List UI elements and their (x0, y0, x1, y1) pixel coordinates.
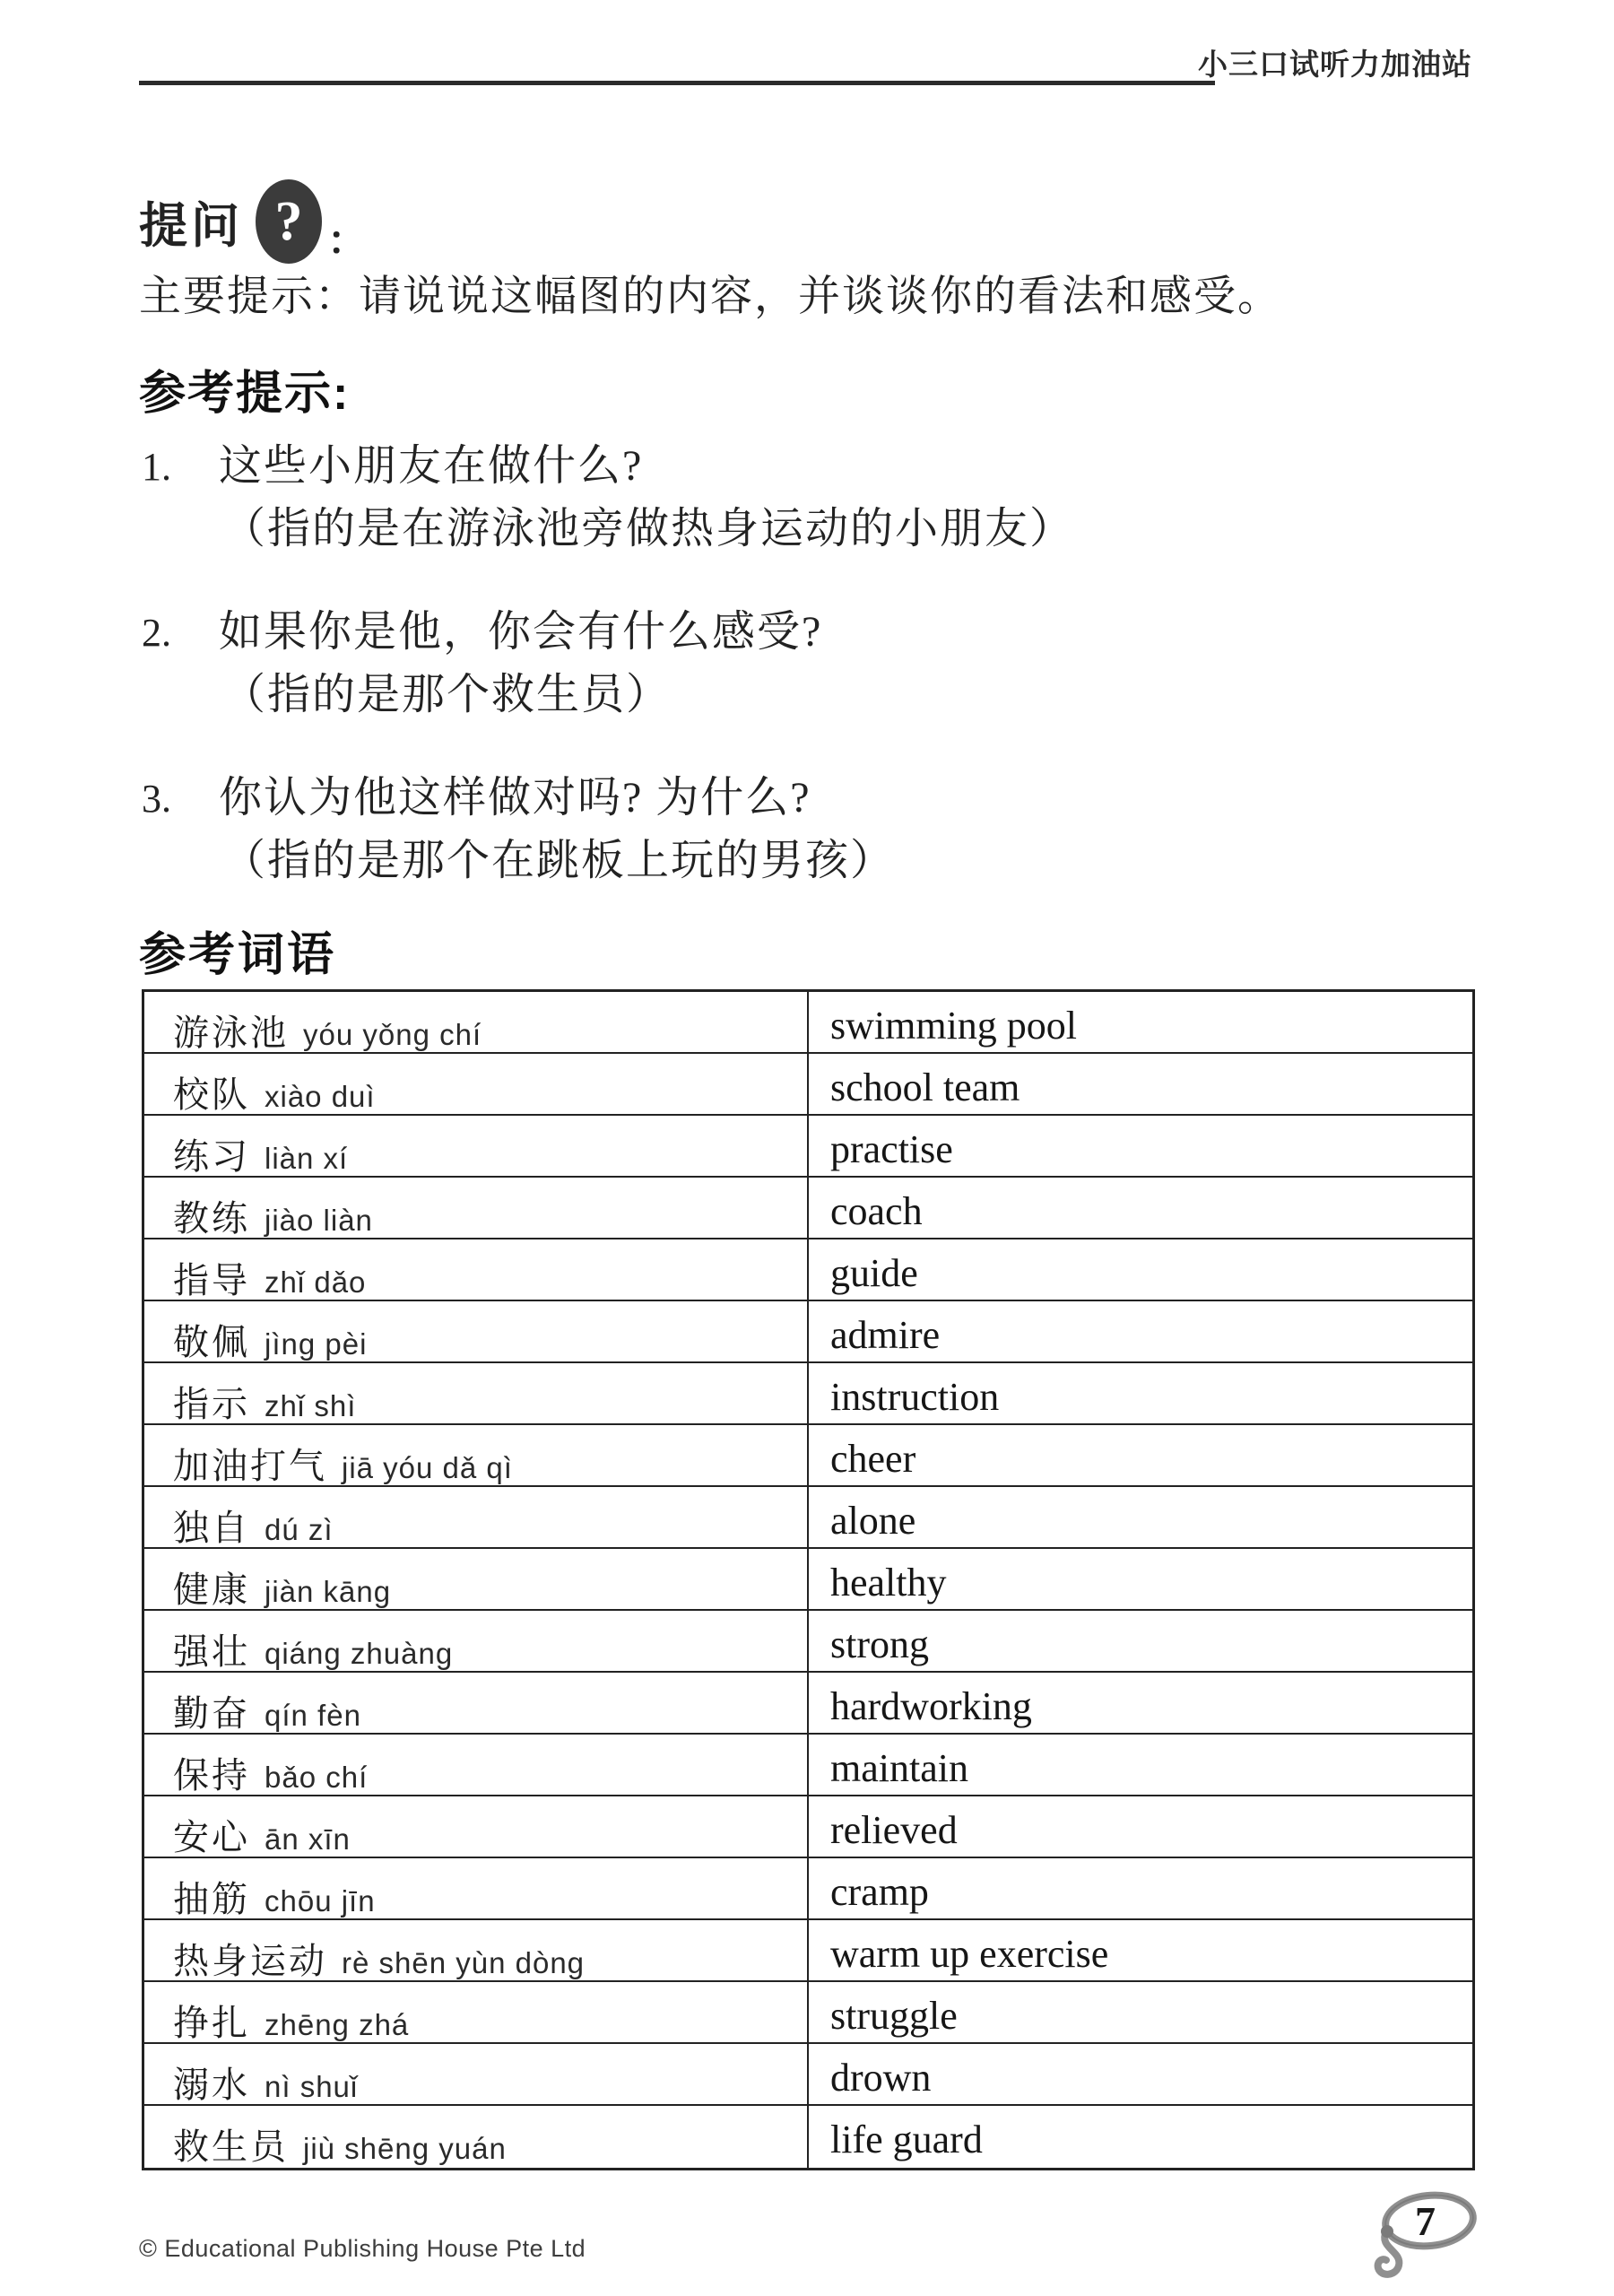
chinese-word: 溺水 (173, 2057, 250, 2108)
table-row: 指示zhǐ shìinstruction (144, 1363, 1472, 1425)
english-cell: alone (809, 1487, 1472, 1547)
table-row: 溺水nì shuǐdrown (144, 2044, 1472, 2106)
english-word: school team (830, 1065, 1020, 1110)
table-row: 健康jiàn kānghealthy (144, 1549, 1472, 1611)
chinese-cell: 加油打气jiā yóu dǎ qì (144, 1425, 809, 1485)
english-cell: swimming pool (809, 992, 1472, 1052)
chinese-word: 独自 (173, 1500, 250, 1551)
chinese-word: 游泳池 (173, 1004, 289, 1056)
chinese-word: 勤奋 (173, 1685, 250, 1736)
chinese-cell: 练习liàn xí (144, 1116, 809, 1176)
question-mark-icon: ? (256, 179, 322, 264)
english-cell: maintain (809, 1735, 1472, 1795)
pinyin: nì shuǐ (265, 2070, 358, 2104)
hint-question-1: 1.这些小朋友在做什么? (142, 430, 643, 492)
table-row: 强壮qiáng zhuàngstrong (144, 1611, 1472, 1673)
chinese-word: 加油打气 (173, 1438, 327, 1489)
english-word: cheer (830, 1436, 915, 1482)
english-cell: relieved (809, 1796, 1472, 1857)
english-word: admire (830, 1312, 940, 1358)
pinyin: jìng pèi (265, 1327, 367, 1361)
english-word: relieved (830, 1807, 958, 1853)
english-cell: cheer (809, 1425, 1472, 1485)
footer-copyright: © Educational Publishing House Pte Ltd (139, 2235, 586, 2263)
english-cell: cramp (809, 1858, 1472, 1918)
chinese-word: 救生员 (173, 2118, 289, 2170)
english-word: swimming pool (830, 1003, 1077, 1048)
hint-number-1: 1. (142, 444, 219, 490)
table-row: 挣扎zhēng zhástruggle (144, 1982, 1472, 2044)
chinese-cell: 教练jiào liàn (144, 1178, 809, 1238)
chinese-word: 挣扎 (173, 1995, 250, 2046)
english-cell: school team (809, 1054, 1472, 1114)
pinyin: bǎo chí (265, 1761, 368, 1795)
hint-note-1: （指的是在游泳池旁做热身运动的小朋友） (222, 493, 1074, 555)
english-cell: warm up exercise (809, 1920, 1472, 1980)
english-cell: instruction (809, 1363, 1472, 1423)
chinese-cell: 溺水nì shuǐ (144, 2044, 809, 2104)
chinese-cell: 强壮qiáng zhuàng (144, 1611, 809, 1671)
table-row: 游泳池yóu yǒng chíswimming pool (144, 992, 1472, 1054)
main-prompt-text: 主要提示：请说说这幅图的内容，并谈谈你的看法和感受。 (139, 263, 1281, 323)
hint-question-2: 2.如果你是他，你会有什么感受? (142, 596, 822, 658)
english-word: warm up exercise (830, 1931, 1108, 1977)
pinyin: qín fèn (265, 1699, 361, 1733)
hint-number-3: 3. (142, 776, 219, 822)
table-row: 安心ān xīnrelieved (144, 1796, 1472, 1858)
chinese-cell: 敬佩jìng pèi (144, 1301, 809, 1361)
chinese-word: 抽筋 (173, 1871, 250, 1922)
english-word: guide (830, 1250, 918, 1296)
chinese-word: 敬佩 (173, 1314, 250, 1365)
pinyin: jiàn kāng (265, 1575, 391, 1609)
pinyin: xiào duì (265, 1080, 376, 1114)
pinyin: yóu yǒng chí (303, 1018, 482, 1052)
hints-heading: 参考提示: (139, 355, 350, 422)
english-word: maintain (830, 1745, 968, 1791)
english-cell: healthy (809, 1549, 1472, 1609)
english-word: strong (830, 1622, 929, 1667)
pinyin: zhǐ dǎo (265, 1265, 366, 1300)
pinyin: dú zì (265, 1513, 334, 1547)
chinese-word: 指示 (173, 1376, 250, 1427)
page-header-title: 小三口试听力加油站 (1198, 41, 1472, 83)
table-row: 教练jiào liàncoach (144, 1178, 1472, 1239)
english-cell: drown (809, 2044, 1472, 2104)
table-row: 保持bǎo chímaintain (144, 1735, 1472, 1796)
english-word: hardworking (830, 1683, 1032, 1729)
chinese-cell: 指示zhǐ shì (144, 1363, 809, 1423)
english-cell: practise (809, 1116, 1472, 1176)
hint-question-text-3: 你认为他这样做对吗? 为什么? (219, 774, 811, 822)
table-row: 勤奋qín fènhardworking (144, 1673, 1472, 1735)
chinese-cell: 指导zhǐ dǎo (144, 1239, 809, 1300)
table-row: 练习liàn xípractise (144, 1116, 1472, 1178)
pinyin: qiáng zhuàng (265, 1637, 453, 1671)
vocab-heading: 参考词语 (139, 917, 336, 984)
pinyin: zhǐ shì (265, 1389, 356, 1423)
table-row: 加油打气jiā yóu dǎ qìcheer (144, 1425, 1472, 1487)
book-page: 小三口试听力加油站 提问 ? ： 主要提示：请说说这幅图的内容，并谈谈你的看法和… (0, 0, 1614, 2296)
pinyin: rè shēn yùn dòng (342, 1946, 585, 1980)
chinese-cell: 挣扎zhēng zhá (144, 1982, 809, 2042)
hint-question-3: 3.你认为他这样做对吗? 为什么? (142, 762, 811, 824)
chinese-cell: 健康jiàn kāng (144, 1549, 809, 1609)
chinese-cell: 热身运动rè shēn yùn dòng (144, 1920, 809, 1980)
table-row: 抽筋chōu jīncramp (144, 1858, 1472, 1920)
pinyin: chōu jīn (265, 1884, 376, 1918)
hint-note-2: （指的是那个救生员） (222, 659, 671, 721)
hint-note-3: （指的是那个在跳板上玩的男孩） (222, 825, 895, 887)
pinyin: ān xīn (265, 1822, 351, 1857)
english-cell: coach (809, 1178, 1472, 1238)
table-row: 敬佩jìng pèiadmire (144, 1301, 1472, 1363)
table-row: 指导zhǐ dǎoguide (144, 1239, 1472, 1301)
table-row: 独自dú zìalone (144, 1487, 1472, 1549)
english-word: drown (830, 2055, 931, 2100)
chinese-cell: 保持bǎo chí (144, 1735, 809, 1795)
pinyin: jiā yóu dǎ qì (342, 1451, 513, 1485)
english-word: struggle (830, 1993, 958, 2039)
chinese-word: 保持 (173, 1747, 250, 1798)
english-cell: guide (809, 1239, 1472, 1300)
english-word: instruction (830, 1374, 999, 1420)
chinese-word: 教练 (173, 1190, 250, 1241)
english-cell: life guard (809, 2106, 1472, 2168)
page-number: 7 (1415, 2198, 1436, 2244)
question-colon: ： (327, 208, 367, 265)
pinyin: jiù shēng yuán (303, 2132, 507, 2166)
chinese-word: 校队 (173, 1066, 250, 1118)
english-cell: hardworking (809, 1673, 1472, 1733)
table-row: 热身运动rè shēn yùn dòngwarm up exercise (144, 1920, 1472, 1982)
english-cell: strong (809, 1611, 1472, 1671)
english-word: practise (830, 1126, 953, 1172)
pinyin: zhēng zhá (265, 2008, 409, 2042)
chinese-cell: 抽筋chōu jīn (144, 1858, 809, 1918)
question-mark-glyph: ? (275, 194, 303, 249)
english-word: alone (830, 1498, 915, 1544)
chinese-word: 指导 (173, 1252, 250, 1303)
english-word: healthy (830, 1560, 947, 1605)
chinese-word: 健康 (173, 1561, 250, 1613)
table-row: 救生员jiù shēng yuánlife guard (144, 2106, 1472, 2168)
chinese-word: 练习 (173, 1128, 250, 1179)
english-word: cramp (830, 1869, 929, 1915)
pinyin: jiào liàn (265, 1204, 373, 1238)
page-number-badge: 7 (1356, 2181, 1499, 2296)
chinese-word: 安心 (173, 1809, 250, 1860)
chinese-cell: 勤奋qín fèn (144, 1673, 809, 1733)
chinese-cell: 安心ān xīn (144, 1796, 809, 1857)
english-word: coach (830, 1188, 923, 1234)
chinese-cell: 游泳池yóu yǒng chí (144, 992, 809, 1052)
english-cell: struggle (809, 1982, 1472, 2042)
chinese-cell: 救生员jiù shēng yuán (144, 2106, 809, 2168)
chinese-word: 强壮 (173, 1623, 250, 1674)
rope-knot (1381, 2225, 1393, 2238)
question-label-row: 提问 ? ： (139, 178, 367, 265)
hint-number-2: 2. (142, 610, 219, 656)
english-cell: admire (809, 1301, 1472, 1361)
english-word: life guard (830, 2117, 983, 2162)
chinese-cell: 独自dú zì (144, 1487, 809, 1547)
hint-question-text-2: 如果你是他，你会有什么感受? (219, 608, 822, 656)
pinyin: liàn xí (265, 1142, 348, 1176)
table-row: 校队xiào duìschool team (144, 1054, 1472, 1116)
header-rule (139, 81, 1215, 85)
chinese-word: 热身运动 (173, 1933, 327, 1984)
vocab-table: 游泳池yóu yǒng chíswimming pool校队xiào duìsc… (142, 989, 1475, 2170)
hint-question-text-1: 这些小朋友在做什么? (219, 442, 643, 490)
chinese-cell: 校队xiào duì (144, 1054, 809, 1114)
question-label: 提问 (139, 187, 243, 257)
